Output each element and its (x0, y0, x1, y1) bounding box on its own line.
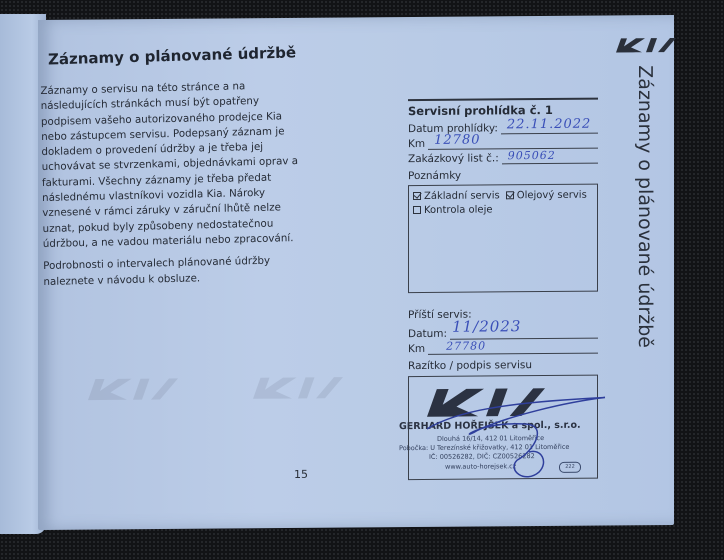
notes-box[interactable]: Základní servis Olejový servis Kontrola … (408, 184, 598, 293)
checkbox-basic-service[interactable] (413, 192, 421, 200)
checkbox-oil-check-label: Kontrola oleje (424, 204, 493, 216)
checkbox-oil-service[interactable] (506, 191, 514, 199)
service-booklet-page: Záznamy o plánované údržbě Záznamy o ser… (38, 15, 674, 530)
stamp-label: Razítko / podpis servisu (408, 359, 598, 372)
next-km-value: 27780 (446, 339, 486, 352)
service-record-form: Servisní prohlídka č. 1 Datum prohlídky:… (408, 98, 598, 480)
km-label: Km (408, 138, 425, 150)
km-field[interactable]: Km 12780 (408, 134, 598, 150)
checkbox-basic-service-label: Základní servis (424, 190, 500, 202)
stamp-box: GERHARD HOŘEJŠEK a spol., s.r.o. Dlouhá … (408, 375, 598, 480)
checkbox-row: Základní servis Olejový servis (413, 188, 593, 203)
checkbox-oil-service-label: Olejový servis (517, 189, 587, 201)
next-km-line: 27780 (428, 340, 598, 355)
intro-paragraph: Záznamy o servisu na této stránce a na n… (40, 78, 305, 252)
next-date-value: 11/2023 (452, 317, 521, 336)
inspection-date-line: 22.11.2022 (501, 120, 598, 135)
page-number: 15 (294, 468, 308, 481)
order-number-label: Zakázkový list č.: (408, 152, 499, 165)
next-km-label: Km (408, 343, 425, 355)
show-through-kia-logo-icon (253, 376, 343, 401)
page-title: Záznamy o plánované údržbě (48, 43, 296, 68)
details-paragraph: Podrobnosti o intervalech plánované údrž… (43, 253, 305, 290)
km-line: 12780 (428, 135, 598, 150)
signature-icon (417, 390, 607, 491)
form-heading: Servisní prohlídka č. 1 (408, 103, 598, 118)
next-km-field[interactable]: Km 27780 (408, 339, 598, 355)
kia-logo-icon (616, 36, 676, 54)
side-tab-title: Záznamy o plánované údržbě (634, 65, 656, 348)
order-number-value: 905062 (508, 149, 556, 162)
km-value: 12780 (434, 133, 480, 148)
next-date-field[interactable]: Datum: 11/2023 (408, 324, 598, 340)
divider (408, 98, 598, 101)
order-number-field[interactable]: Zakázkový list č.: 905062 (408, 149, 598, 165)
next-date-line: 11/2023 (450, 325, 598, 340)
checkbox-row: Kontrola oleje (413, 202, 593, 217)
intro-text: Záznamy o servisu na této stránce a na n… (40, 78, 305, 297)
show-through-kia-logo-icon (88, 377, 178, 402)
next-date-label: Datum: (408, 328, 447, 340)
inspection-date-value: 22.11.2022 (507, 117, 591, 133)
checkbox-oil-check[interactable] (413, 206, 421, 214)
notes-label: Poznámky (408, 169, 598, 182)
order-number-line: 905062 (502, 150, 598, 165)
